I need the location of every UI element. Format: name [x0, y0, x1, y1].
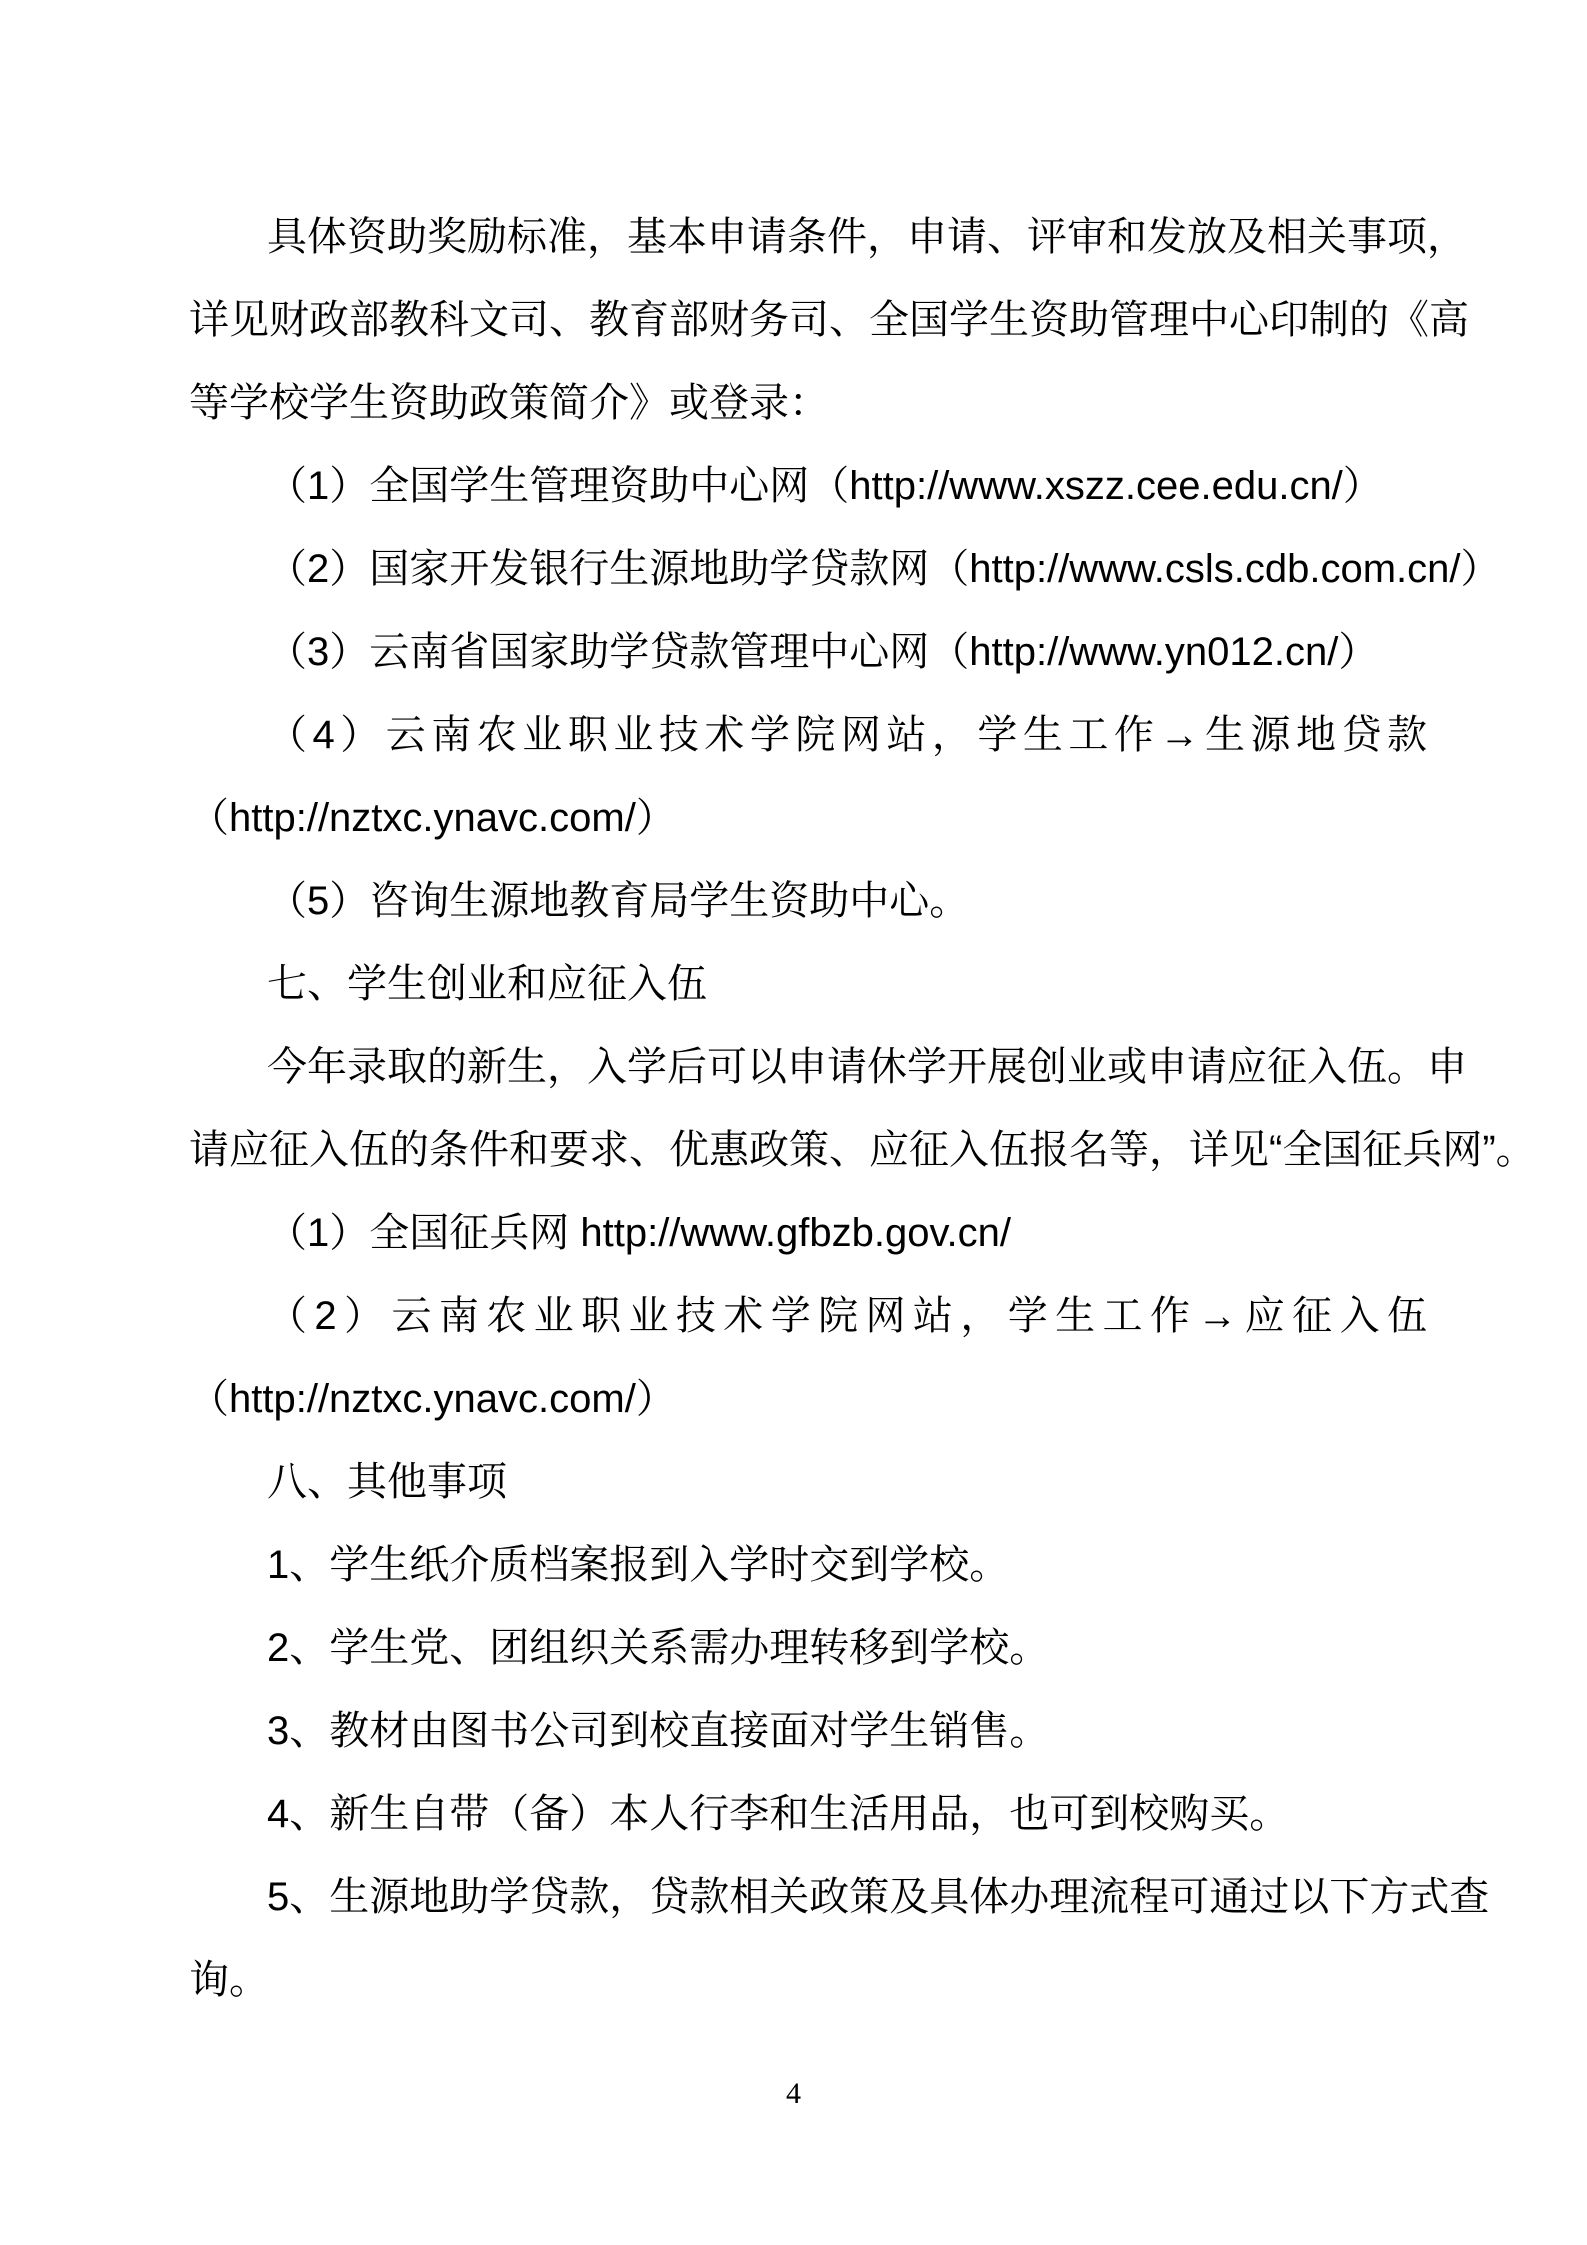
- text-line: 5、生源地助学贷款，贷款相关政策及具体办理流程可通过以下方式查: [189, 1856, 1427, 1939]
- text-line: 具体资助奖励标准，基本申请条件，申请、评审和发放及相关事项，: [189, 196, 1427, 279]
- text-line: 请应征入伍的条件和要求、优惠政策、应征入伍报名等，详见“全国征兵网”。: [189, 1109, 1427, 1192]
- text-line: 等学校学生资助政策简介》或登录：: [189, 362, 1427, 445]
- text-line: （1）全国学生管理资助中心网（http://www.xszz.cee.edu.c…: [189, 445, 1427, 528]
- section-heading: 七、学生创业和应征入伍: [189, 943, 1427, 1026]
- text-line: 3、教材由图书公司到校直接面对学生销售。: [189, 1690, 1427, 1773]
- text-line: （5）咨询生源地教育局学生资助中心。: [189, 860, 1427, 943]
- text-line: （4）云南农业职业技术学院网站，学生工作→生源地贷款: [189, 694, 1427, 777]
- text-line: （3）云南省国家助学贷款管理中心网（http://www.yn012.cn/）: [189, 611, 1427, 694]
- text-line: 询。: [189, 1939, 1427, 2022]
- document-page: 具体资助奖励标准，基本申请条件，申请、评审和发放及相关事项，详见财政部教科文司、…: [0, 0, 1587, 2245]
- text-line: （2）国家开发银行生源地助学贷款网（http://www.csls.cdb.co…: [189, 528, 1427, 611]
- page-number: 4: [0, 2078, 1587, 2110]
- text-line: 今年录取的新生，入学后可以申请休学开展创业或申请应征入伍。申: [189, 1026, 1427, 1109]
- text-line: 4、新生自带（备）本人行李和生活用品，也可到校购买。: [189, 1773, 1427, 1856]
- text-line: 1、学生纸介质档案报到入学时交到学校。: [189, 1524, 1427, 1607]
- text-content: 具体资助奖励标准，基本申请条件，申请、评审和发放及相关事项，详见财政部教科文司、…: [189, 196, 1427, 2022]
- section-heading: 八、其他事项: [189, 1441, 1427, 1524]
- text-line: （http://nztxc.ynavc.com/）: [189, 777, 1427, 860]
- text-line: 详见财政部教科文司、教育部财务司、全国学生资助管理中心印制的《高: [189, 279, 1427, 362]
- text-line: （1）全国征兵网 http://www.gfbzb.gov.cn/: [189, 1192, 1427, 1275]
- text-line: （2）云南农业职业技术学院网站，学生工作→应征入伍: [189, 1275, 1427, 1358]
- text-line: （http://nztxc.ynavc.com/）: [189, 1358, 1427, 1441]
- text-line: 2、学生党、团组织关系需办理转移到学校。: [189, 1607, 1427, 1690]
